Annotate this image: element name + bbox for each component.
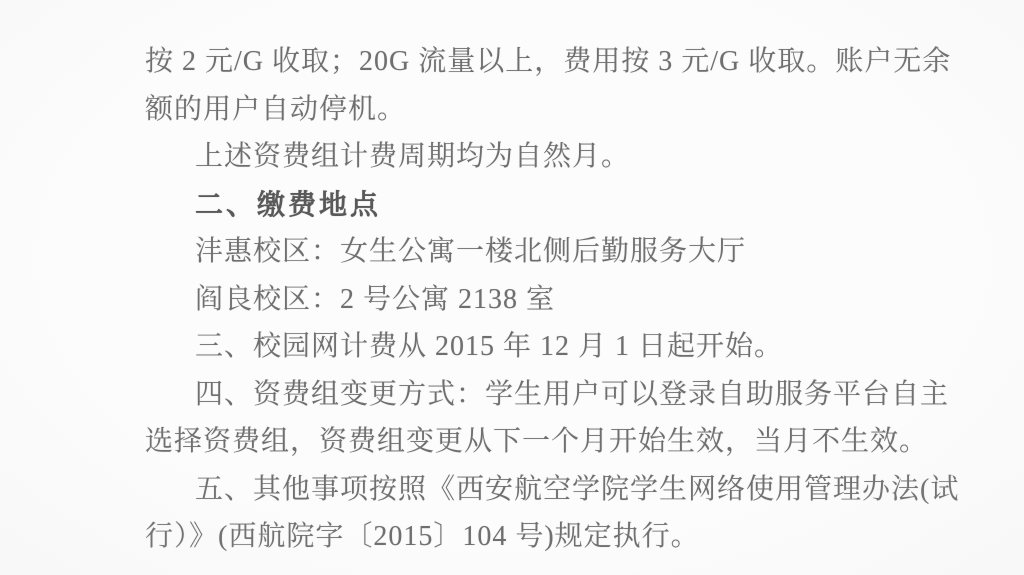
document-line: 行）》(西航院字〔2015〕104 号)规定执行。 — [145, 513, 905, 561]
document-line: 上述资费组计费周期均为自然月。 — [145, 133, 905, 181]
document-heading-line: 二、缴费地点 — [145, 181, 905, 229]
document-line: 按 2 元/G 收取；20G 流量以上，费用按 3 元/G 收取。账户无余 — [145, 38, 905, 86]
scanned-document-page: 按 2 元/G 收取；20G 流量以上，费用按 3 元/G 收取。账户无余额的用… — [0, 0, 1024, 575]
document-line: 沣惠校区：女生公寓一楼北侧后勤服务大厅 — [145, 228, 905, 276]
document-line: 选择资费组，资费组变更从下一个月开始生效，当月不生效。 — [145, 418, 905, 466]
document-line: 四、资费组变更方式：学生用户可以登录自助服务平台自主 — [145, 371, 905, 419]
document-line: 五、其他事项按照《西安航空学院学生网络使用管理办法(试 — [145, 466, 905, 514]
document-line: 三、校园网计费从 2015 年 12 月 1 日起开始。 — [145, 323, 905, 371]
document-text-block: 按 2 元/G 收取；20G 流量以上，费用按 3 元/G 收取。账户无余额的用… — [145, 38, 905, 561]
document-line: 额的用户自动停机。 — [145, 86, 905, 134]
document-line: 阎良校区：2 号公寓 2138 室 — [145, 276, 905, 324]
